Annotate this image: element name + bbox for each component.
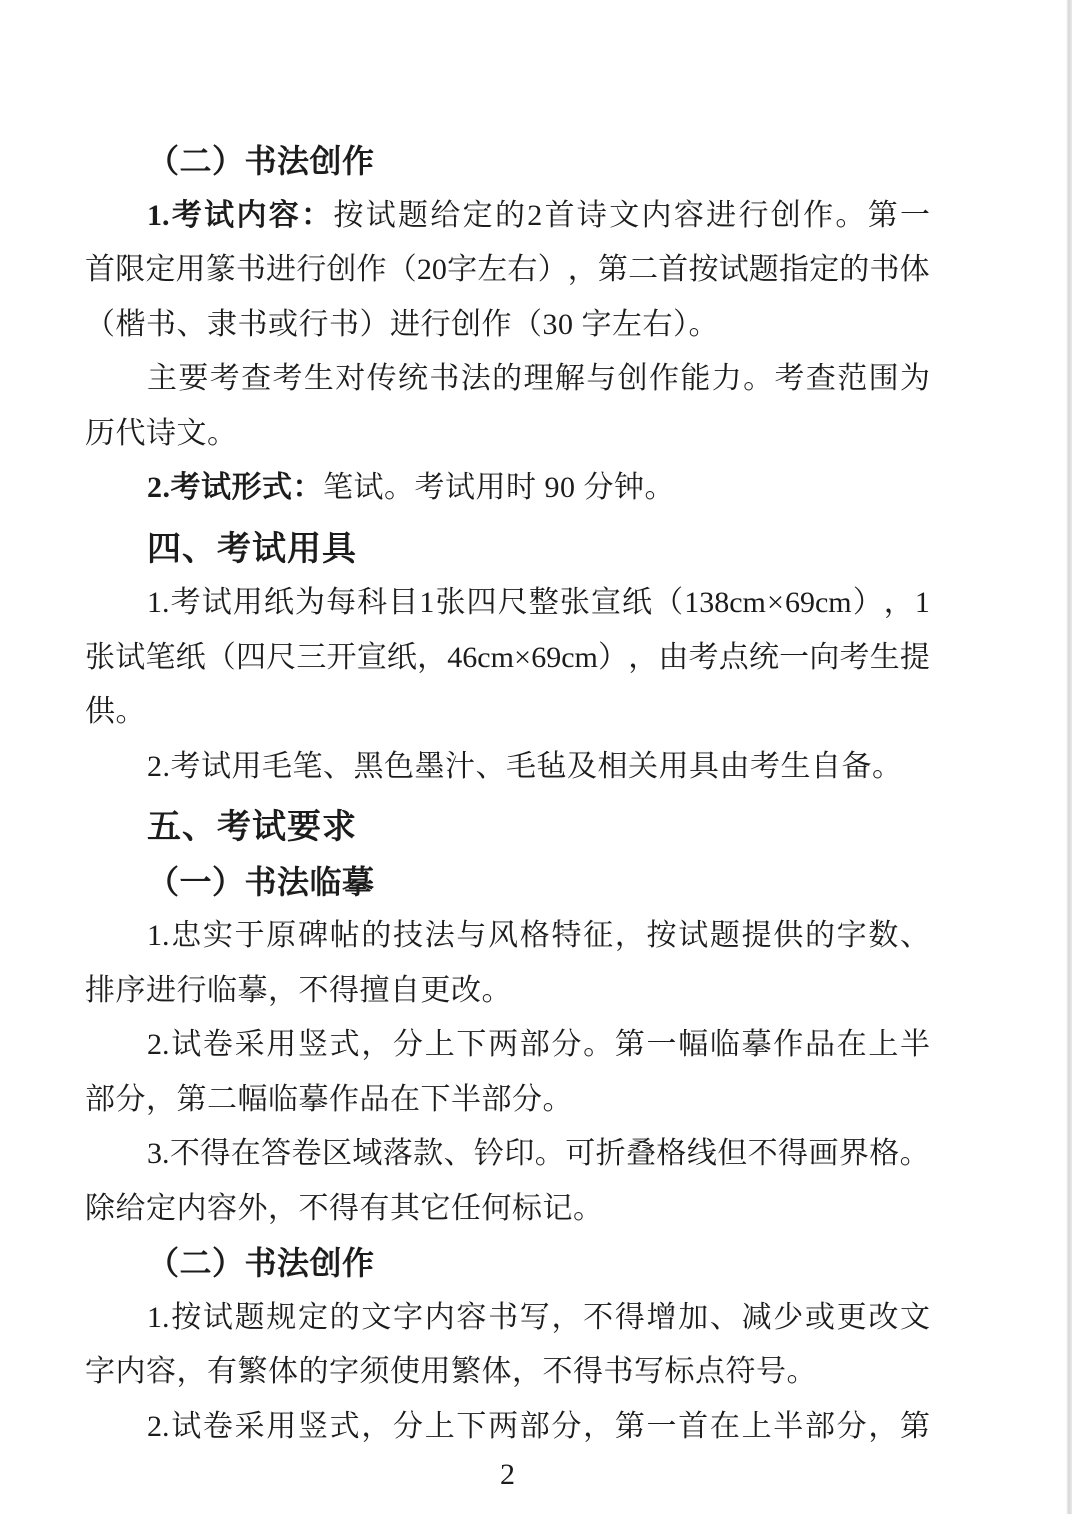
text-line: （二）书法创作	[85, 1236, 930, 1291]
text-line: （二）书法创作	[85, 134, 930, 189]
text-line: 首限定用篆书进行创作（20字左右），第二首按试题指定的书体	[85, 243, 930, 298]
paragraph: 1.考试用纸为每科目1张四尺整张宣纸（138cm×69cm），1张试笔纸（四尺三…	[85, 576, 930, 740]
text-line: （楷书、隶书或行书）进行创作（30 字左右）。	[85, 298, 930, 353]
text-line: 排序进行临摹，不得擅自更改。	[85, 964, 930, 1019]
paragraph: 3.不得在答卷区域落款、钤印。可折叠格线但不得画界格。除给定内容外，不得有其它任…	[85, 1127, 930, 1236]
paragraph: 1.考试内容：按试题给定的2首诗文内容进行创作。第一首限定用篆书进行创作（20字…	[85, 189, 930, 353]
document-body: （二）书法创作1.考试内容：按试题给定的2首诗文内容进行创作。第一首限定用篆书进…	[85, 134, 930, 1454]
scan-edge-shadow	[1066, 0, 1072, 1514]
text-line: 1.考试用纸为每科目1张四尺整张宣纸（138cm×69cm），1	[85, 576, 930, 631]
paragraph: 1.按试题规定的文字内容书写，不得增加、减少或更改文字内容，有繁体的字须使用繁体…	[85, 1291, 930, 1400]
heading: 五、考试要求	[85, 800, 930, 855]
paragraph: 2.考试形式：笔试。考试用时 90 分钟。	[85, 461, 930, 516]
heading: （二）书法创作	[85, 1236, 930, 1291]
text-line: 四、考试用具	[85, 522, 930, 577]
paragraph: 1.忠实于原碑帖的技法与风格特征，按试题提供的字数、排序进行临摹，不得擅自更改。	[85, 909, 930, 1018]
paragraph: 2.考试用毛笔、黑色墨汁、毛毡及相关用具由考生自备。	[85, 740, 930, 795]
text-line: 字内容，有繁体的字须使用繁体，不得书写标点符号。	[85, 1345, 930, 1400]
heading: （二）书法创作	[85, 134, 930, 189]
text-line: 供。	[85, 685, 930, 740]
heading: （一）书法临摹	[85, 855, 930, 910]
document-page: （二）书法创作1.考试内容：按试题给定的2首诗文内容进行创作。第一首限定用篆书进…	[0, 0, 1074, 1514]
text-line: 主要考查考生对传统书法的理解与创作能力。考查范围为	[85, 352, 930, 407]
paragraph: 2.试卷采用竖式，分上下两部分。第一幅临摹作品在上半部分，第二幅临摹作品在下半部…	[85, 1018, 930, 1127]
page-number: 2	[85, 1458, 930, 1492]
text-line: 除给定内容外，不得有其它任何标记。	[85, 1182, 930, 1237]
text-line: 3.不得在答卷区域落款、钤印。可折叠格线但不得画界格。	[85, 1127, 930, 1182]
paragraph: 主要考查考生对传统书法的理解与创作能力。考查范围为历代诗文。	[85, 352, 930, 461]
text-line: （一）书法临摹	[85, 855, 930, 910]
text-line: 1.考试内容：按试题给定的2首诗文内容进行创作。第一	[85, 189, 930, 244]
text-line: 2.试卷采用竖式，分上下两部分，第一首在上半部分，第	[85, 1400, 930, 1455]
text-line: 2.试卷采用竖式，分上下两部分。第一幅临摹作品在上半	[85, 1018, 930, 1073]
heading: 四、考试用具	[85, 522, 930, 577]
text-line: 历代诗文。	[85, 407, 930, 462]
text-line: 部分，第二幅临摹作品在下半部分。	[85, 1073, 930, 1128]
paragraph: 2.试卷采用竖式，分上下两部分，第一首在上半部分，第	[85, 1400, 930, 1455]
text-line: 2.考试用毛笔、黑色墨汁、毛毡及相关用具由考生自备。	[85, 740, 930, 795]
text-line: 张试笔纸（四尺三开宣纸，46cm×69cm），由考点统一向考生提	[85, 631, 930, 686]
text-line: 1.忠实于原碑帖的技法与风格特征，按试题提供的字数、	[85, 909, 930, 964]
text-line: 1.按试题规定的文字内容书写，不得增加、减少或更改文	[85, 1291, 930, 1346]
text-line: 五、考试要求	[85, 800, 930, 855]
text-line: 2.考试形式：笔试。考试用时 90 分钟。	[85, 461, 930, 516]
